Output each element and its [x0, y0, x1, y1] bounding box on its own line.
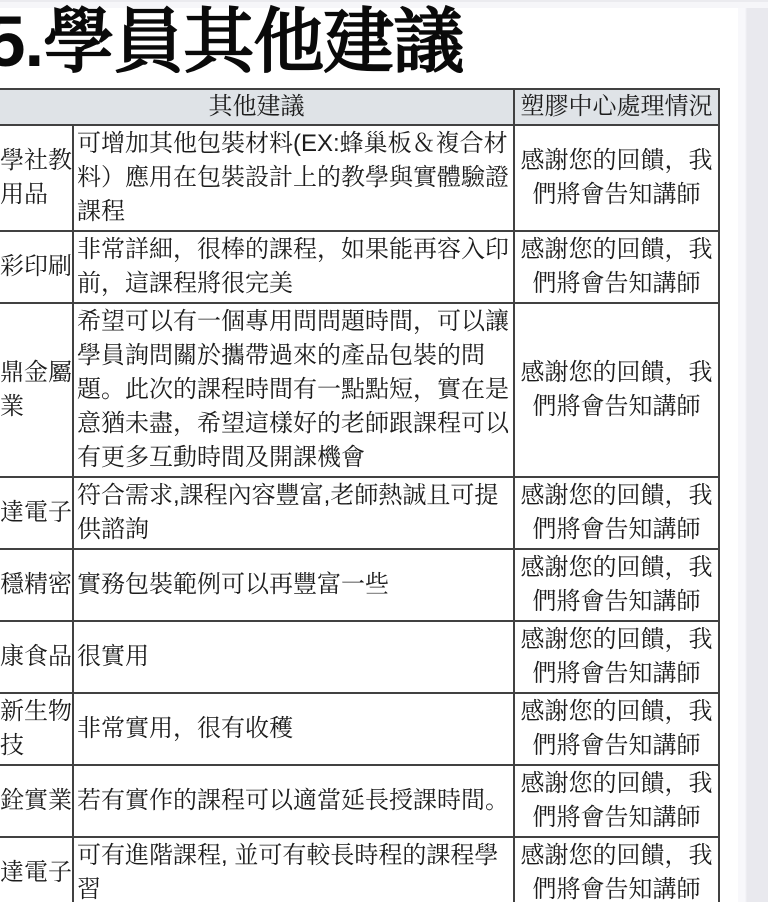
company-cell: 達電子 [0, 477, 73, 549]
table-row: 穩精密 實務包裝範例可以再豐富一些 感謝您的回饋，我們將會告知講師 [0, 549, 719, 621]
suggestion-cell: 若有實作的課程可以適當延長授課時間。 [73, 765, 514, 837]
feedback-table: 其他建議 塑膠中心處理情況 學社教用品 可增加其他包裝材料(EX:蜂巢板＆複合材… [0, 88, 720, 902]
company-cell: 鼎金屬業 [0, 303, 73, 477]
suggestion-cell: 可有進階課程, 並可有較長時程的課程學習 [73, 837, 514, 902]
company-cell: 彩印刷 [0, 231, 73, 303]
table-row: 達電子 可有進階課程, 並可有較長時程的課程學習 感謝您的回饋，我們將會告知講師 [0, 837, 719, 902]
suggestion-cell: 非常實用，很有收穫 [73, 693, 514, 765]
page-title: 5.學員其他建議 [0, 2, 463, 84]
header-handling: 塑膠中心處理情況 [514, 89, 719, 125]
table-row: 彩印刷 非常詳細，很棒的課程，如果能再容入印前，這課程將很完美 感謝您的回饋，我… [0, 231, 719, 303]
suggestion-cell: 很實用 [73, 621, 514, 693]
suggestion-cell: 非常詳細，很棒的課程，如果能再容入印前，這課程將很完美 [73, 231, 514, 303]
table-row: 康食品 很實用 感謝您的回饋，我們將會告知講師 [0, 621, 719, 693]
response-cell: 感謝您的回饋，我們將會告知講師 [514, 549, 719, 621]
document-page: 5.學員其他建議 其他建議 塑膠中心處理情況 學社教用品 可增加其他包裝材料(E… [0, 0, 768, 902]
company-cell: 穩精密 [0, 549, 73, 621]
table-row: 達電子 符合需求,課程內容豐富,老師熱誠且可提供諮詢 感謝您的回饋，我們將會告知… [0, 477, 719, 549]
header-suggestion: 其他建議 [0, 89, 514, 125]
response-cell: 感謝您的回饋，我們將會告知講師 [514, 693, 719, 765]
response-cell: 感謝您的回饋，我們將會告知講師 [514, 621, 719, 693]
table-header-row: 其他建議 塑膠中心處理情況 [0, 89, 719, 125]
response-cell: 感謝您的回饋，我們將會告知講師 [514, 477, 719, 549]
table-row: 銓實業 若有實作的課程可以適當延長授課時間。 感謝您的回饋，我們將會告知講師 [0, 765, 719, 837]
table-row: 學社教用品 可增加其他包裝材料(EX:蜂巢板＆複合材料）應用在包裝設計上的教學與… [0, 125, 719, 231]
company-cell: 學社教用品 [0, 125, 73, 231]
response-cell: 感謝您的回饋，我們將會告知講師 [514, 303, 719, 477]
response-cell: 感謝您的回饋，我們將會告知講師 [514, 765, 719, 837]
suggestion-cell: 符合需求,課程內容豐富,老師熱誠且可提供諮詢 [73, 477, 514, 549]
table-row: 新生物技 非常實用，很有收穫 感謝您的回饋，我們將會告知講師 [0, 693, 719, 765]
suggestion-cell: 可增加其他包裝材料(EX:蜂巢板＆複合材料）應用在包裝設計上的教學與實體驗證課程 [73, 125, 514, 231]
company-cell: 新生物技 [0, 693, 73, 765]
response-cell: 感謝您的回饋，我們將會告知講師 [514, 231, 719, 303]
right-margin-strip [738, 0, 768, 902]
company-cell: 達電子 [0, 837, 73, 902]
suggestion-cell: 實務包裝範例可以再豐富一些 [73, 549, 514, 621]
company-cell: 銓實業 [0, 765, 73, 837]
response-cell: 感謝您的回饋，我們將會告知講師 [514, 125, 719, 231]
company-cell: 康食品 [0, 621, 73, 693]
suggestion-cell: 希望可以有一個專用問問題時間，可以讓學員詢問關於攜帶過來的產品包裝的問題。此次的… [73, 303, 514, 477]
response-cell: 感謝您的回饋，我們將會告知講師 [514, 837, 719, 902]
table-row: 鼎金屬業 希望可以有一個專用問問題時間，可以讓學員詢問關於攜帶過來的產品包裝的問… [0, 303, 719, 477]
